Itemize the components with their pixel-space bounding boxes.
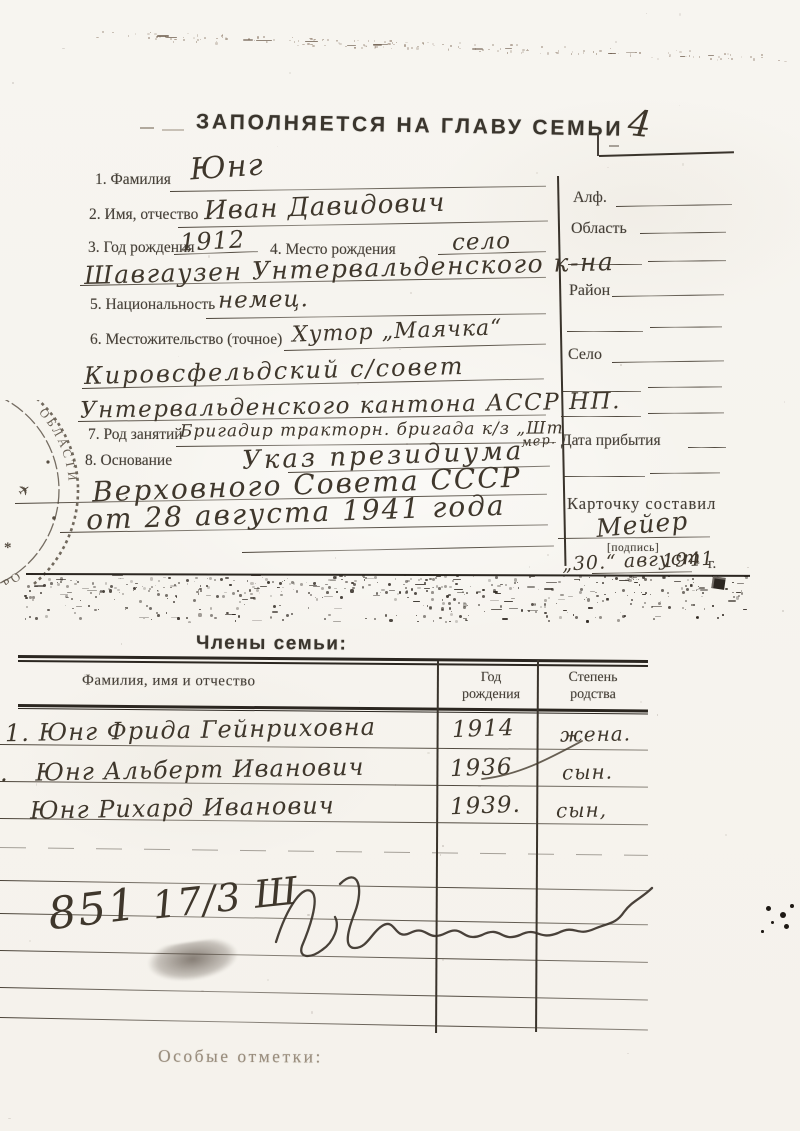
speck [347,45,356,46]
member-3-birth-year: 1939. [450,792,522,820]
speck [282,581,283,582]
speck [733,596,735,598]
speck [679,51,682,53]
speck [510,50,511,52]
speck [120,578,121,579]
speck [187,33,189,34]
speck [294,41,295,43]
speck [597,602,598,603]
speck [292,37,293,38]
speck [308,607,310,609]
speck [505,48,511,49]
speck [780,912,786,918]
speck [338,42,340,44]
speck [362,586,364,588]
signature-scrawl [268,862,663,977]
speck [540,53,541,54]
speck [200,590,202,592]
speck [384,41,386,43]
speck [72,608,74,610]
speck [651,57,653,58]
speck [544,599,547,602]
speck [225,577,229,578]
alf-label: Алф. [573,189,607,207]
speck [70,580,71,581]
speck [604,576,606,578]
speck [728,600,736,601]
corner-mark-square [711,576,726,590]
speck [580,588,583,591]
speck [207,586,210,589]
speck [200,585,202,587]
col-header-year-2: рождения [448,687,534,703]
speck [563,610,568,611]
speck [94,609,96,611]
speck [306,582,308,584]
speck [509,587,512,590]
speck [615,592,616,593]
speck [257,36,259,38]
speck [183,39,185,41]
speck [417,587,421,588]
speck [389,590,395,591]
speck [449,621,451,623]
footer-number: 851 [45,879,141,941]
speck [186,617,188,619]
speck [431,598,434,601]
speck [126,584,127,585]
speck [157,593,160,596]
speck [507,52,509,54]
svg-text:ОБЛАСТИ: ОБЛАСТИ [36,405,80,484]
speck [626,52,637,53]
speck [260,586,266,587]
speck [583,50,586,52]
oblast-label: Область [571,220,627,238]
speck [26,606,28,608]
speck [277,587,280,588]
svg-text:РДРО: РДРО [0,568,25,585]
speck [615,577,618,580]
speck [196,41,197,42]
speck [771,921,774,924]
speck [761,930,764,933]
speck [681,587,683,589]
surname-label: 1. Фамилия [95,171,171,189]
speck [236,607,239,610]
scan-dash [140,127,154,129]
speck [220,578,223,581]
speck [436,576,441,577]
speck [324,618,326,620]
speck [200,39,201,40]
speck [79,617,82,620]
speck [376,46,378,48]
speck [239,601,240,602]
number-box-tick [597,133,599,156]
speck [374,40,376,42]
speck [782,610,783,612]
speck [495,576,498,579]
speck [540,606,542,608]
speck [277,146,278,147]
speck [491,584,493,586]
speck [399,591,402,594]
speck [424,588,430,589]
speck [547,52,549,54]
speck [527,610,538,611]
speck [744,576,748,577]
speck [280,594,282,596]
speck [396,615,397,616]
speck [495,593,502,594]
speck [199,609,201,611]
speck [210,614,213,617]
speck [766,906,771,911]
speck [95,596,97,598]
speck [328,614,331,617]
speck [529,566,530,568]
speck [544,612,547,615]
speck [544,588,553,589]
speck [377,582,379,584]
speck [334,588,337,589]
speck [239,594,241,596]
speck [321,587,324,590]
speck [655,616,662,617]
speck [74,612,76,614]
speck [466,592,468,594]
speck [607,167,609,168]
speck [263,36,265,38]
speck [620,612,621,613]
speck [163,577,166,578]
basis-empty-rule [242,545,554,553]
speck [458,602,460,604]
speck [440,854,442,856]
speck [753,58,754,60]
speck [679,105,681,107]
speck [289,583,291,585]
blank-line-d1 [561,416,641,417]
speck [548,620,550,622]
speck [546,582,557,583]
speck [350,589,353,592]
speck [170,585,177,586]
speck [253,597,256,600]
speck [548,597,550,599]
speck [273,39,275,41]
speck [389,619,392,622]
speck [444,585,447,588]
speck [564,46,566,48]
speck [302,44,305,45]
speck [699,56,701,58]
speck [225,614,234,615]
speck [738,595,740,597]
speck [224,592,227,593]
speck [455,620,458,623]
speck [266,41,267,43]
speck [491,609,502,610]
speck [214,617,217,620]
speck [676,50,677,51]
speck [596,582,598,584]
speck [293,582,296,585]
speck [297,45,299,46]
speck [376,592,379,595]
speck [373,44,382,45]
speck [595,617,596,618]
col-header-relation-1: Степень [545,670,641,687]
speck [583,52,584,54]
speck [476,592,477,593]
speck [284,580,286,582]
speck [431,591,434,594]
speck [578,53,580,55]
row-line-9 [0,1017,648,1031]
speck [110,585,113,588]
speck [50,582,53,585]
speck [357,40,359,42]
nationality-label: 5. Национальность [90,296,215,314]
blank-line-b1 [567,331,643,332]
speck [300,583,303,586]
speck [47,609,49,611]
speck [464,594,465,595]
speck [206,595,211,596]
surname-value: Юнг [189,147,265,187]
speck [652,606,663,607]
speck [473,576,474,577]
speck [133,590,134,591]
speck [657,714,659,716]
speck [588,607,590,609]
speck [450,613,453,616]
speck [459,42,461,44]
speck [567,612,568,613]
speck [693,604,695,606]
speck [488,49,491,50]
member-row-3: Юнг Рихард Иванович [30,791,335,824]
speck [761,57,763,58]
speck [727,53,729,55]
speck [251,575,262,576]
speck [173,601,175,603]
members-section-title: Члены семьи: [196,632,347,655]
blank-line-a1 [568,264,642,265]
speck [335,576,337,578]
speck [497,50,499,52]
speck [472,48,483,49]
speck [279,582,281,584]
speck [27,585,30,588]
speck [235,620,237,622]
speck [470,586,471,587]
speck [374,618,376,620]
speck [368,40,370,42]
arrival-date-line [688,447,726,448]
speck [66,585,69,588]
speck [296,590,298,592]
speck [680,56,685,57]
card-column-divider [557,176,566,566]
speck [281,591,283,593]
speck [385,614,388,617]
speck [365,618,367,620]
speck [216,38,218,39]
speck [256,589,259,592]
speck [60,581,62,583]
speck [547,554,549,556]
speck [167,598,168,599]
speck [307,43,309,45]
speck [619,580,630,581]
speck [639,584,640,585]
speck [289,40,291,41]
speck [233,580,234,581]
speck [718,56,720,58]
speck [286,614,289,617]
speck [209,577,212,580]
speck [385,591,388,594]
speck [121,643,123,645]
speck [410,578,412,580]
speck [474,44,476,46]
speck [323,39,324,40]
speck [725,588,727,590]
speck [584,599,585,600]
speck [242,599,249,600]
speck [426,590,428,592]
speck [149,607,152,610]
speck [391,48,392,49]
speck [692,578,694,580]
speck [531,603,534,606]
speck [368,584,370,586]
speck [463,603,466,606]
speck [449,586,452,589]
speck [493,591,498,592]
speck [273,605,276,608]
member-2-num: . [0,759,9,787]
speck [99,593,101,595]
speck [724,53,726,55]
speck [650,579,652,581]
stamp-arc-text-top: ОБЛАСТИ [36,405,80,484]
speck [650,594,651,595]
speck [504,601,513,602]
speck [784,924,789,929]
speck [422,42,423,44]
speck [354,40,356,42]
blank-line-c2 [648,386,722,388]
date-suffix: г. [708,556,716,573]
speck [237,590,238,591]
speck [187,583,189,585]
residence-label: 6. Местожительство (точное) [90,331,282,349]
col-header-relation-2: родства [545,687,641,704]
speck [500,605,503,608]
speck [761,54,763,56]
speck [563,576,565,578]
stamp-glyph: ✈ [15,481,34,501]
speck [32,599,34,601]
speck [254,40,255,41]
selo-label: Село [568,346,602,364]
speck [630,55,632,57]
speck [267,581,270,584]
speck [521,609,524,612]
speck [50,586,52,588]
blank-line-e2 [650,472,720,474]
speck [341,579,343,581]
speck [579,575,582,578]
speck [778,60,780,61]
speck [155,585,156,586]
speck [92,582,94,584]
speck [586,620,589,623]
speck [750,56,752,58]
speck [407,580,410,583]
speck [114,599,116,601]
speck [425,579,428,582]
speck [374,46,376,48]
speck [492,44,495,45]
speck [381,589,385,590]
speck [171,617,179,618]
speck [345,581,347,583]
speck [183,37,184,38]
speck [216,595,219,598]
table-vline-1 [435,661,439,1033]
speck [313,582,316,585]
speck [479,51,481,53]
speck [178,582,180,584]
speck [249,589,251,591]
speck [328,579,336,580]
speck [82,588,89,589]
speck [722,614,723,615]
speck [255,583,257,585]
speck [505,584,508,587]
speck [700,589,709,590]
speck [631,599,633,601]
speck [8,1118,10,1119]
speck [593,51,594,52]
speck [29,616,30,617]
speck [197,39,199,41]
speck [148,37,150,38]
speck [65,595,67,597]
speck [584,585,585,586]
speck [166,612,167,613]
speck [602,600,604,602]
speck [77,581,79,583]
speck [589,577,590,578]
blank-line-c1 [563,391,641,392]
speck [602,582,604,584]
speck [361,47,363,49]
speck [399,349,401,350]
speck [423,605,424,606]
speck [29,590,31,592]
speck [717,617,718,618]
speck [579,591,581,593]
speck [333,621,341,622]
speck [326,591,329,594]
speck [661,589,664,592]
